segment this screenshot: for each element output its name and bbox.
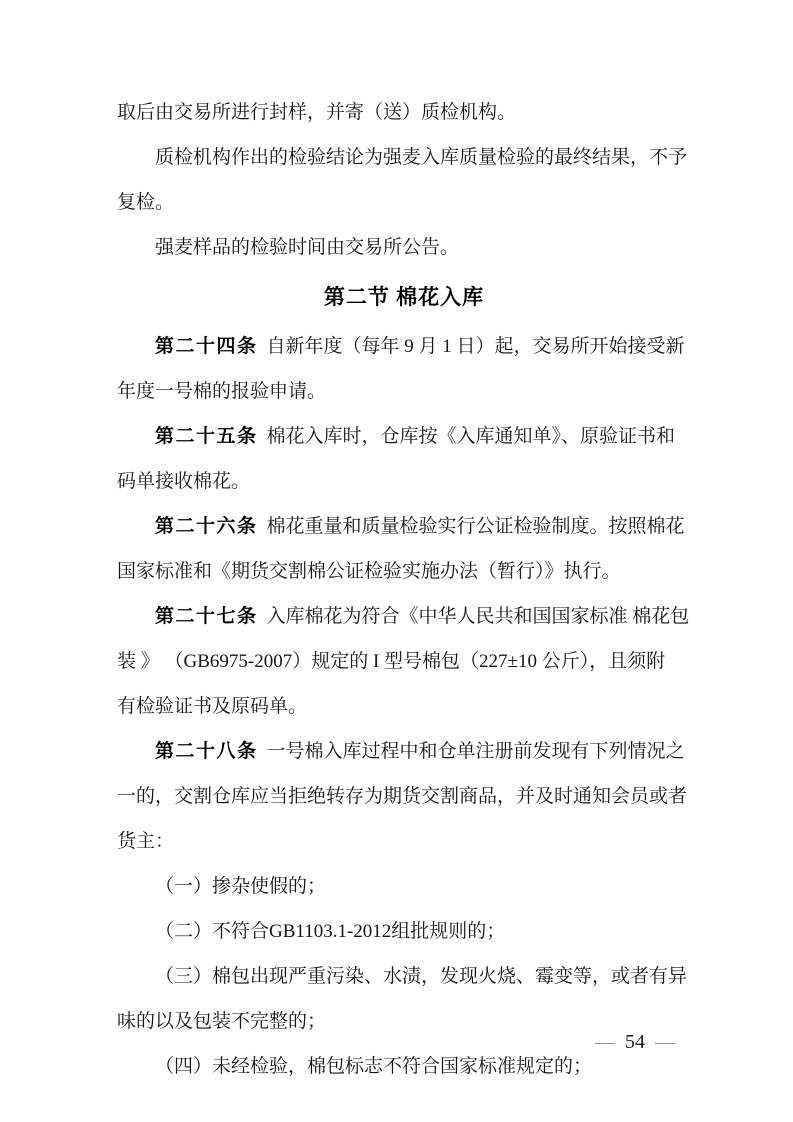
article-number: 第二十八条 — [155, 741, 258, 762]
article-number: 第二十四条 — [155, 336, 258, 357]
article-text: 棉花重量和质量检验实行公证检验制度。按照棉花 — [267, 516, 685, 537]
article-number: 第二十六条 — [155, 516, 258, 537]
page-footer: —54— — [595, 1028, 675, 1056]
body-line: 年度一号棉的报验申请。 — [117, 369, 691, 414]
body-line: 国家标准和《期货交割棉公证检验实施办法（暂行）》执行。 — [117, 549, 691, 594]
article-text: 自新年度（每年 9 月 1 日）起，交易所开始接受新 — [267, 336, 685, 357]
body-line-article: 第二十五条棉花入库时，仓库按《入库通知单》、原验证书和 — [117, 414, 691, 459]
body-line: 复检。 — [117, 180, 691, 225]
body-line: 码单接收棉花。 — [117, 459, 691, 504]
article-number: 第二十七条 — [155, 606, 258, 627]
body-line: 质检机构作出的检验结论为强麦入库质量检验的最终结果，不予 — [117, 135, 691, 180]
list-item: （一）掺杂使假的； — [117, 864, 691, 909]
text-column: 取后由交易所进行封样，并寄（送）质检机构。 质检机构作出的检验结论为强麦入库质量… — [117, 90, 691, 1089]
section-heading: 第二节 棉花入库 — [117, 270, 691, 324]
body-line: 一的，交割仓库应当拒绝转存为期货交割商品，并及时通知会员或者 — [117, 774, 691, 819]
body-line: 取后由交易所进行封样，并寄（送）质检机构。 — [117, 90, 691, 135]
body-line-article: 第二十四条自新年度（每年 9 月 1 日）起，交易所开始接受新 — [117, 324, 691, 369]
document-page: 取后由交易所进行封样，并寄（送）质检机构。 质检机构作出的检验结论为强麦入库质量… — [0, 0, 793, 1122]
body-line: 装 》 （GB6975-2007）规定的 I 型号棉包（227±10 公斤），且… — [117, 639, 691, 684]
body-line: 货主： — [117, 819, 691, 864]
article-number: 第二十五条 — [155, 426, 258, 447]
page-number: 54 — [625, 1031, 645, 1053]
article-text: 一号棉入库过程中和仓单注册前发现有下列情况之 — [267, 741, 685, 762]
list-item: （二）不符合GB1103.1-2012组批规则的； — [117, 909, 691, 954]
article-text: 棉花入库时，仓库按《入库通知单》、原验证书和 — [267, 426, 676, 447]
body-line-article: 第二十六条棉花重量和质量检验实行公证检验制度。按照棉花 — [117, 504, 691, 549]
footer-dash-right: — — [655, 1031, 675, 1053]
body-line: 强麦样品的检验时间由交易所公告。 — [117, 225, 691, 270]
list-item: （三）棉包出现严重污染、水渍，发现火烧、霉变等，或者有异 — [117, 954, 691, 999]
article-text: 入库棉花为符合《中华人民共和国国家标准 棉花包 — [267, 606, 690, 627]
footer-dash-left: — — [595, 1031, 615, 1053]
body-line-article: 第二十七条入库棉花为符合《中华人民共和国国家标准 棉花包 — [117, 594, 691, 639]
body-line: 有检验证书及原码单。 — [117, 684, 691, 729]
body-line-article: 第二十八条一号棉入库过程中和仓单注册前发现有下列情况之 — [117, 729, 691, 774]
